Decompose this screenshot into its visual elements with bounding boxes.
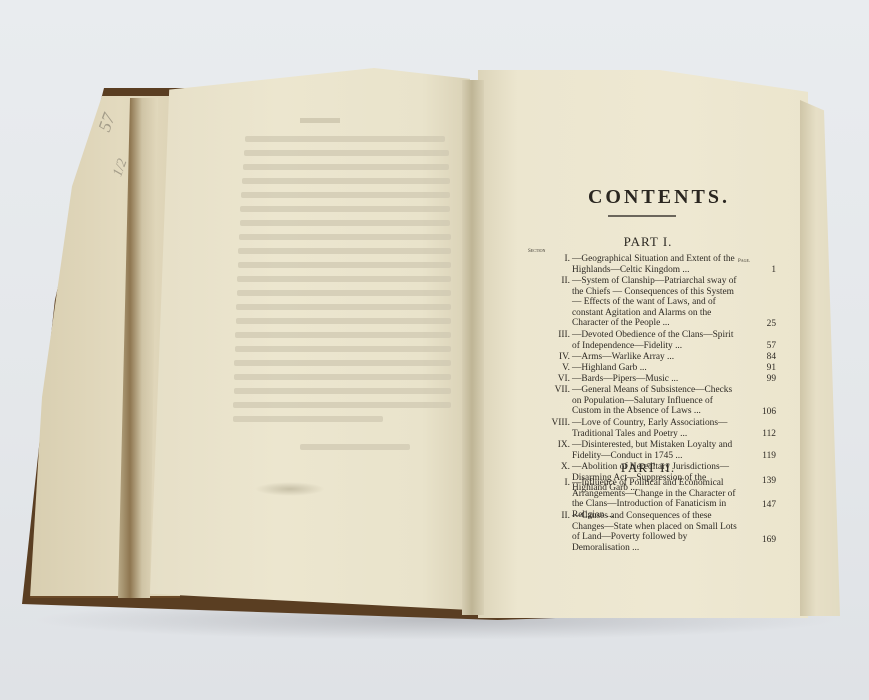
page-title: CONTENTS. bbox=[574, 186, 744, 209]
title-rule bbox=[608, 215, 676, 217]
toc-entry: VIII.—Love of Country, Early Association… bbox=[528, 418, 742, 440]
toc-entry: I.—Influence of Political and Economical… bbox=[528, 478, 742, 511]
toc-entry: III.—Devoted Obedience of the Clans—Spir… bbox=[528, 330, 742, 352]
toc-entry: V.—Highland Garb ... 91 bbox=[528, 363, 742, 374]
show-through-ornament bbox=[255, 482, 325, 496]
toc-entry: VII.—General Means of Subsistence—Checks… bbox=[528, 385, 742, 418]
part-heading: PART I. bbox=[568, 234, 728, 250]
toc-part-2: I.—Influence of Political and Economical… bbox=[528, 478, 742, 544]
toc-entry: II.—Causes and Consequences of these Cha… bbox=[528, 511, 742, 544]
toc-entry: IX.—Disinterested, but Mistaken Loyalty … bbox=[528, 440, 742, 462]
center-fold bbox=[462, 80, 484, 615]
toc-entry: I.—Geographical Situation and Extent of … bbox=[528, 254, 742, 276]
part-heading: PART II. bbox=[568, 460, 728, 476]
page-block-edge bbox=[800, 100, 840, 616]
show-through-heading bbox=[300, 118, 340, 123]
toc-entry: VI.—Bards—Pipers—Music ... 99 bbox=[528, 374, 742, 385]
toc-entry: II.—System of Clanship—Patriarchal sway … bbox=[528, 276, 742, 330]
toc-entry: IV.—Arms—Warlike Array ... 84 bbox=[528, 352, 742, 363]
toc-part-1: I.—Geographical Situation and Extent of … bbox=[528, 254, 742, 484]
